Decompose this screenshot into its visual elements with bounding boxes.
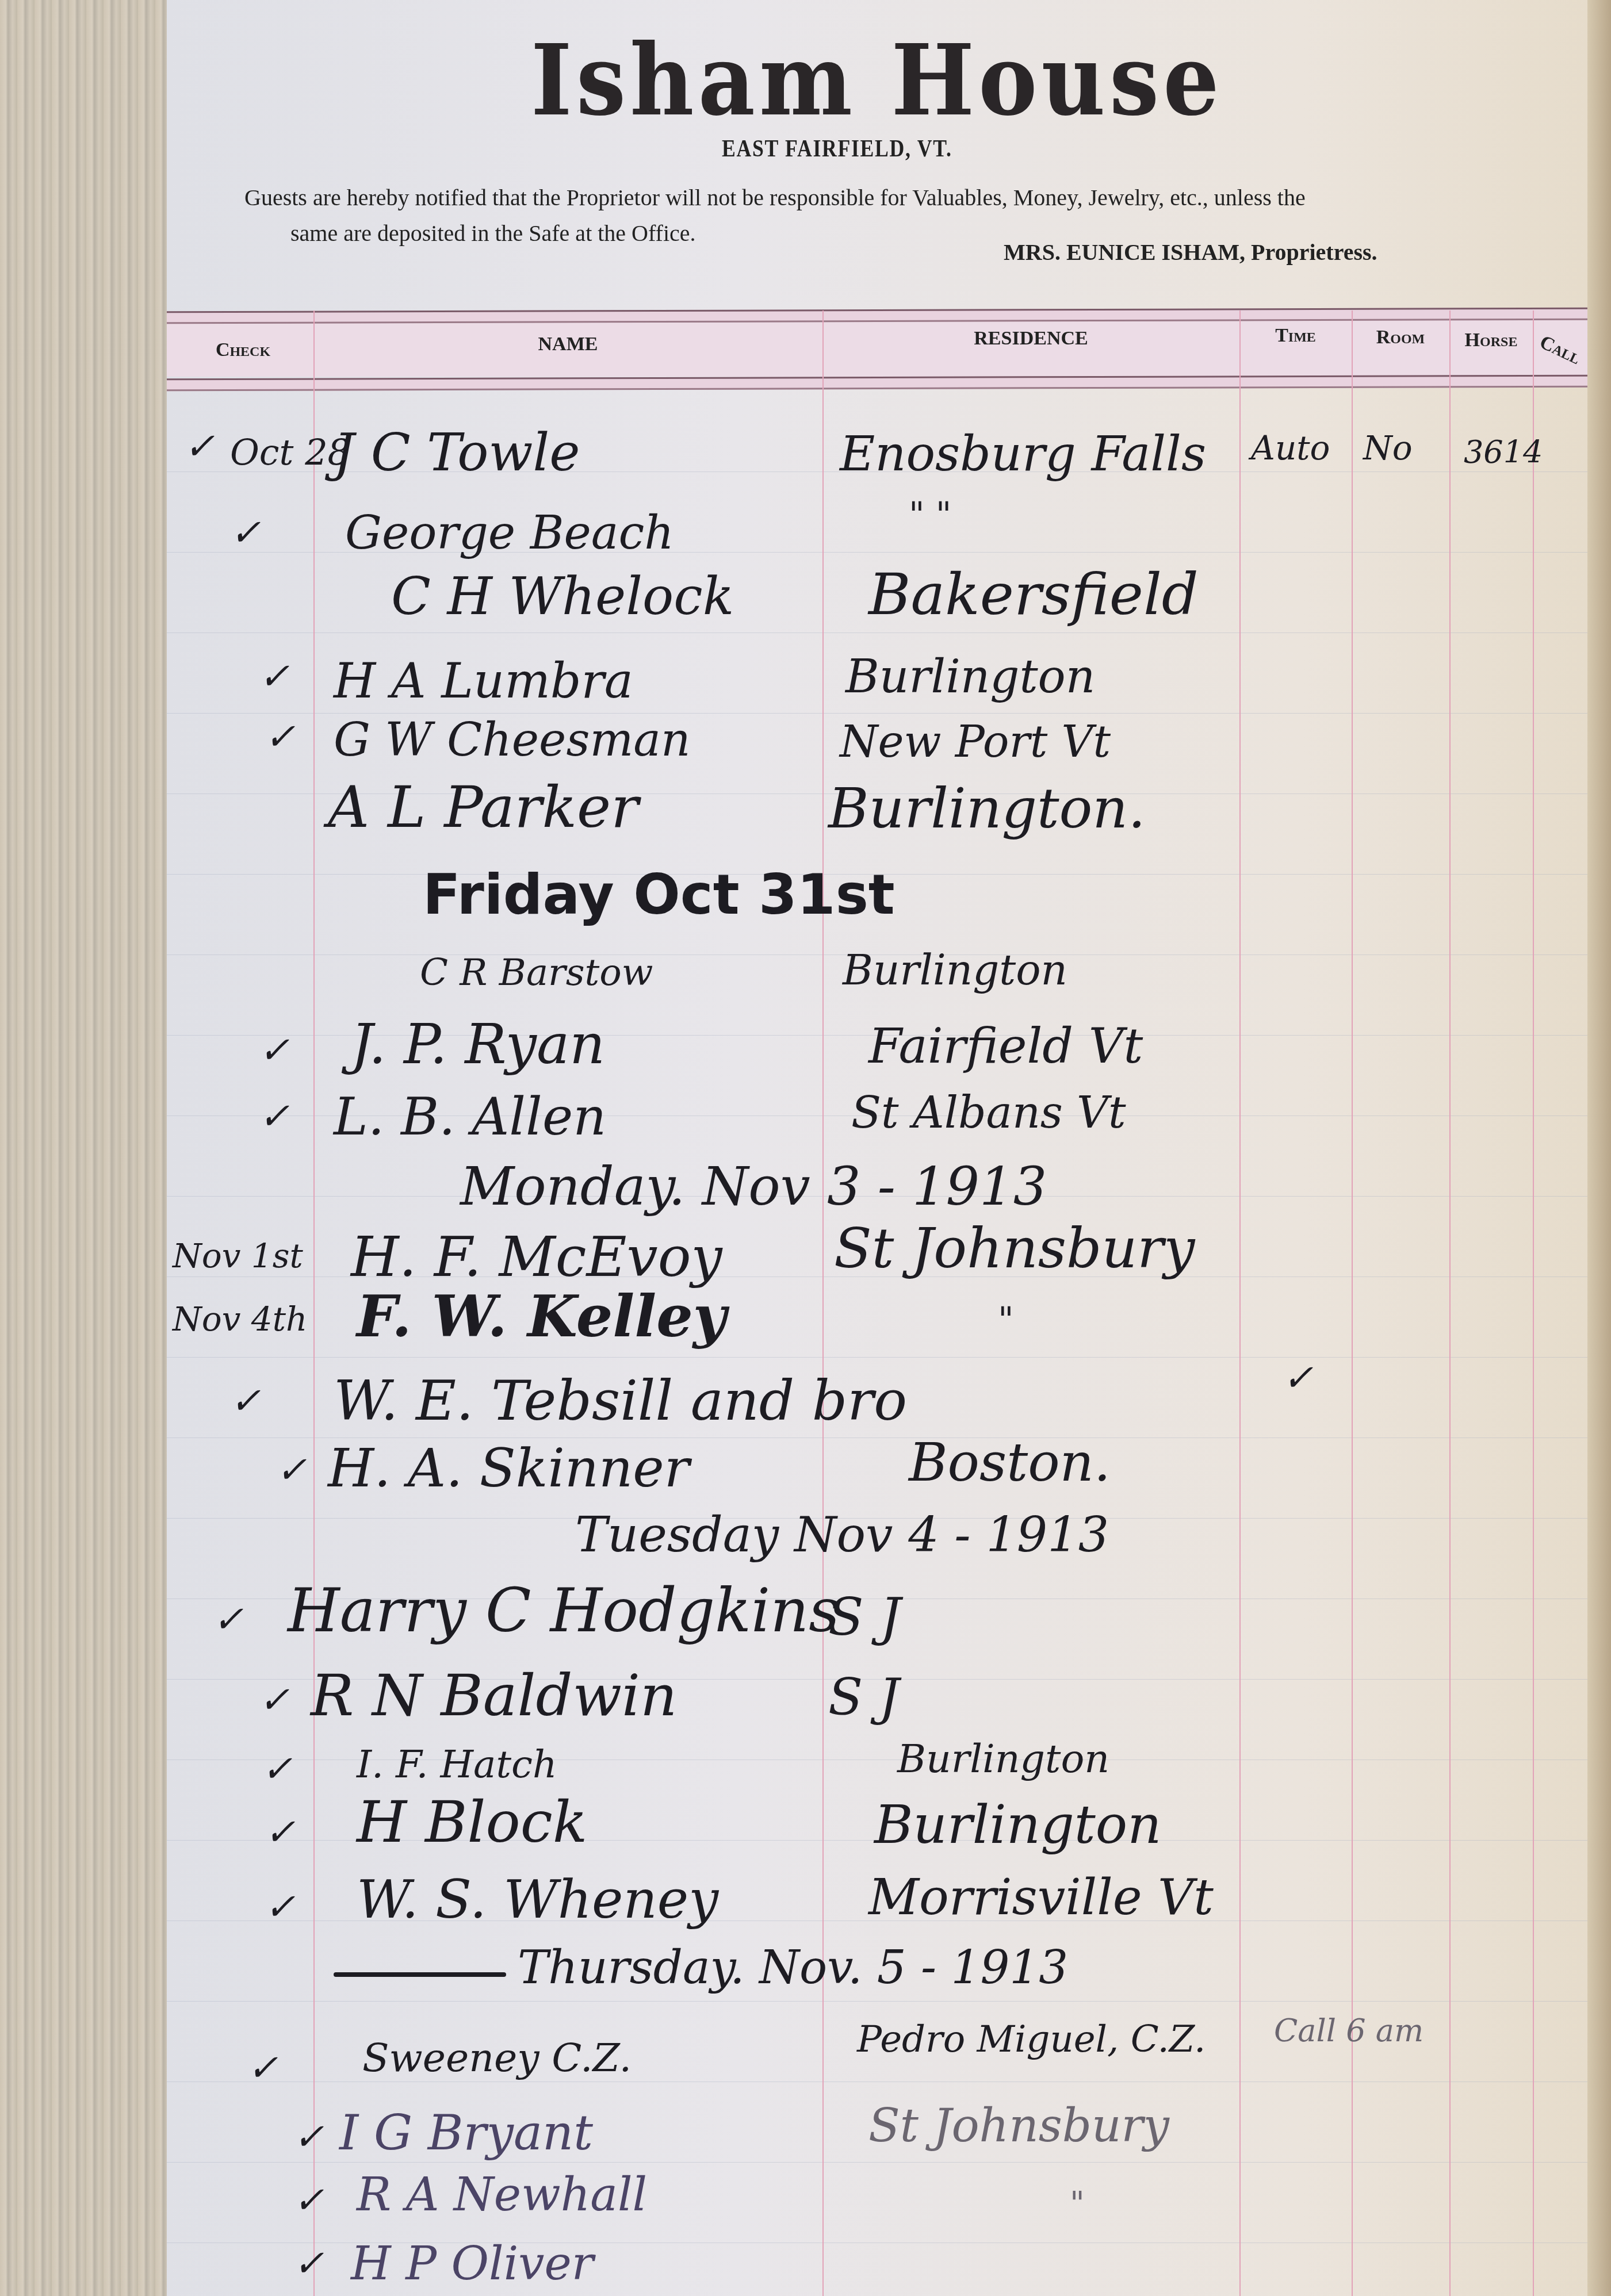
entry-horse: 3614 xyxy=(1464,434,1543,470)
guest-residence: " " xyxy=(909,495,951,535)
guest-name: W. E. Tebsill and bro xyxy=(334,1369,907,1433)
check-mark: ✓ xyxy=(1283,1357,1314,1400)
check-mark: ✓ xyxy=(293,2116,324,2159)
check-mark: ✓ xyxy=(276,1449,307,1492)
guest-name: L. B. Allen xyxy=(334,1087,606,1147)
guest-residence: Pedro Miguel, C.Z. xyxy=(857,2018,1206,2061)
guest-residence: Burlington xyxy=(897,1737,1109,1782)
guest-residence: Burlington. xyxy=(828,776,1146,841)
guest-residence: " xyxy=(998,1300,1014,1340)
guest-name: Sweeney C.Z. xyxy=(362,2036,632,2081)
guest-name: George Beach xyxy=(345,506,674,559)
column-header-name: NAME xyxy=(313,334,822,355)
guest-name: H Block xyxy=(357,1788,587,1856)
ruled-line xyxy=(167,2162,1587,2163)
guest-name: H. F. McEvoy xyxy=(351,1225,722,1289)
ruled-line xyxy=(167,2082,1587,2082)
guest-name: H. A. Skinner xyxy=(328,1438,690,1499)
call-note: Call 6 am xyxy=(1274,2013,1424,2049)
guest-residence: Fairfield Vt xyxy=(868,1018,1143,1074)
check-mark: ✓ xyxy=(259,1029,290,1072)
guest-name: J. P. Ryan xyxy=(351,1012,605,1076)
guest-name: F. W. Kelley xyxy=(357,1282,726,1350)
check-mark: ✓ xyxy=(293,2243,324,2285)
guest-name: C H Whelock xyxy=(391,566,734,627)
column-header-room: Room xyxy=(1352,327,1449,348)
ruled-line xyxy=(167,1357,1587,1358)
ruled-line xyxy=(167,633,1587,633)
notice-text-line-2: same are deposited in the Safe at the Of… xyxy=(290,220,696,247)
column-header-time: Time xyxy=(1239,325,1352,347)
guest-residence: Boston. xyxy=(909,1432,1111,1493)
hotel-location: EAST FAIRFIELD, VT. xyxy=(722,135,952,163)
guest-residence: Burlington xyxy=(874,1794,1161,1856)
guest-name: J C Towle xyxy=(334,423,580,483)
guest-name: I G Bryant xyxy=(339,2105,593,2161)
entry-date: Oct 28 xyxy=(230,431,350,473)
column-divider xyxy=(1352,311,1353,2296)
column-header-check: Check xyxy=(173,339,313,361)
column-header-horse: Horse xyxy=(1449,329,1533,351)
guest-residence: S J xyxy=(828,1587,901,1647)
column-divider xyxy=(1449,311,1451,2296)
guest-residence: New Port Vt xyxy=(840,716,1111,767)
entry-date: Nov 1st xyxy=(173,1236,303,1275)
check-mark: ✓ xyxy=(230,512,261,554)
proprietress-line: MRS. EUNICE ISHAM, Proprietress. xyxy=(1004,239,1377,266)
notice-text-line-1: Guests are hereby notified that the Prop… xyxy=(244,184,1306,211)
page-gutter xyxy=(1587,0,1611,2296)
underline-dash xyxy=(334,1972,506,1977)
guest-name: I. F. Hatch xyxy=(357,1742,557,1787)
check-mark: ✓ xyxy=(184,426,215,468)
guest-residence: S J xyxy=(828,1668,900,1727)
day-header: Thursday. Nov. 5 - 1913 xyxy=(518,1941,1068,1994)
guest-name: G W Cheesman xyxy=(334,713,691,766)
check-mark: ✓ xyxy=(262,1748,293,1791)
check-mark: ✓ xyxy=(293,2179,324,2222)
column-divider xyxy=(1239,311,1241,2296)
guest-name: R A Newhall xyxy=(357,2168,647,2221)
guest-name: H P Oliver xyxy=(351,2237,594,2290)
column-divider xyxy=(822,311,824,2296)
entry-date: Nov 4th xyxy=(173,1300,307,1339)
check-mark: ✓ xyxy=(265,716,296,758)
guest-name: H A Lumbra xyxy=(334,653,633,709)
column-divider xyxy=(1533,311,1534,2296)
guest-residence: St Albans Vt xyxy=(851,1087,1126,1138)
check-mark: ✓ xyxy=(265,1886,296,1929)
guest-residence: St Johnsbury xyxy=(834,1216,1195,1281)
day-header: Friday Oct 31st xyxy=(423,863,895,927)
ruled-line xyxy=(167,2001,1587,2002)
page-stack-edge xyxy=(0,0,169,2296)
guest-name: A L Parker xyxy=(328,773,638,841)
guest-name: W. S. Wheney xyxy=(357,1869,718,1930)
guest-residence: Bakersfield xyxy=(868,561,1199,628)
day-header: Monday. Nov 3 - 1913 xyxy=(460,1156,1047,1217)
column-header-residence: RESIDENCE xyxy=(822,328,1239,350)
day-header: Tuesday Nov 4 - 1913 xyxy=(575,1507,1109,1563)
entry-room: No xyxy=(1363,428,1413,467)
check-mark: ✓ xyxy=(259,1679,290,1722)
guest-residence: Burlington xyxy=(845,650,1095,703)
check-mark: ✓ xyxy=(259,1095,290,1138)
check-mark: ✓ xyxy=(213,1599,244,1641)
guest-residence: " xyxy=(1070,2185,1085,2222)
guest-residence: Morrisville Vt xyxy=(868,1869,1214,1926)
column-divider xyxy=(313,311,315,2296)
check-mark: ✓ xyxy=(247,2047,278,2090)
guest-name: C R Barstow xyxy=(420,952,653,994)
guest-residence: St Johnsbury xyxy=(868,2099,1169,2152)
check-mark: ✓ xyxy=(265,1811,296,1854)
check-mark: ✓ xyxy=(230,1380,261,1423)
entry-time: Auto xyxy=(1251,428,1330,467)
check-mark: ✓ xyxy=(259,656,290,698)
guest-residence: Enosburg Falls xyxy=(840,426,1206,482)
guest-residence: Burlington xyxy=(843,946,1067,994)
guest-name: R N Baldwin xyxy=(311,1662,677,1729)
page-title: Isham House xyxy=(238,23,1517,138)
guest-name: Harry C Hodgkins xyxy=(288,1576,840,1646)
